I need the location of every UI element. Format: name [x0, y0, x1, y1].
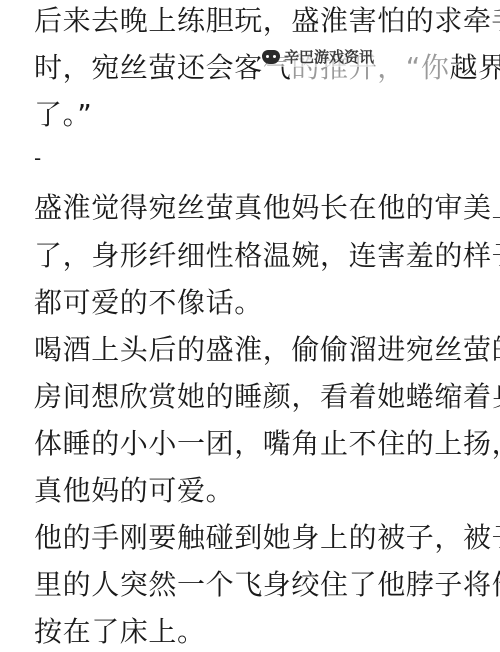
gamepad-icon: [262, 50, 280, 64]
text-line: 体睡的小小一团，嘴角止不住的上扬，: [34, 427, 500, 461]
text-line: 了，身形纤细性格温婉，连害羞的样子: [34, 239, 500, 273]
watermark: 辛巴游戏资讯: [262, 46, 374, 67]
separator-dash: -: [34, 146, 42, 170]
text-segment: 越界: [450, 51, 500, 84]
text-line: 盛淮觉得宛丝萤真他妈长在他的审美上: [34, 191, 500, 225]
text-line: 喝酒上头后的盛淮，偷偷溜进宛丝萤的: [34, 333, 500, 367]
text-line: 按在了床上。: [34, 615, 206, 649]
text-line: 真他妈的可爱。: [34, 474, 234, 508]
watermark-text: 辛巴游戏资讯: [284, 46, 374, 67]
text-line: 房间想欣赏她的睡颜，看着她蜷缩着身: [34, 380, 500, 414]
text-line: 里的人突然一个飞身绞住了他脖子将他: [34, 568, 500, 602]
text-line: 都可爱的不像话。: [34, 286, 263, 320]
text-line: 他的手刚要触碰到她身上的被子，被子: [34, 521, 500, 555]
text-line: 了。”: [34, 98, 92, 132]
text-line: 后来去晚上练胆玩，盛淮害怕的求牵手: [34, 4, 500, 38]
text-segment: 时，宛丝萤还会客气: [34, 51, 291, 84]
